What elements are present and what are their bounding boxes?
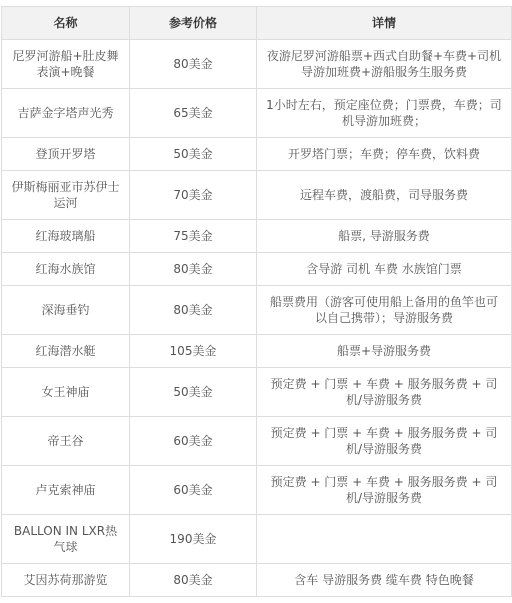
cell-price: 70美金 (130, 171, 257, 220)
header-price: 参考价格 (130, 7, 257, 40)
cell-name: 女王神庙 (2, 368, 130, 417)
cell-name: 伊斯梅丽亚市苏伊士运河 (2, 171, 130, 220)
table-row: 伊斯梅丽亚市苏伊士运河70美金远程车费，渡船费，司导服务费 (2, 171, 512, 220)
cell-price: 80美金 (130, 564, 257, 597)
cell-name: 尼罗河游船+肚皮舞表演+晚餐 (2, 40, 130, 89)
cell-name: BALLON IN LXR热气球 (2, 515, 130, 564)
cell-details (257, 515, 512, 564)
cell-details: 船票费用（游客可使用船上备用的鱼竿也可以自己携带）；导游服务费 (257, 286, 512, 335)
cell-details: 船票, 导游服务费 (257, 220, 512, 253)
cell-name: 帝王谷 (2, 417, 130, 466)
cell-details: 夜游尼罗河游船票+西式自助餐+车费+司机导游加班费+游船服务生服务费 (257, 40, 512, 89)
header-details: 详情 (257, 7, 512, 40)
cell-price: 60美金 (130, 466, 257, 515)
cell-name: 红海玻璃船 (2, 220, 130, 253)
cell-details: 含导游 司机 车费 水族馆门票 (257, 253, 512, 286)
cell-details: 预定费 + 门票 + 车费 + 服务服务费 + 司机/导游服务费 (257, 417, 512, 466)
table-row: 吉萨金字塔声光秀65美金1小时左右，预定座位费；门票费，车费；司机导游加班费； (2, 89, 512, 138)
cell-name: 红海水族馆 (2, 253, 130, 286)
header-name: 名称 (2, 7, 130, 40)
cell-price: 105美金 (130, 335, 257, 368)
cell-price: 50美金 (130, 138, 257, 171)
cell-details: 船票+导游服务费 (257, 335, 512, 368)
cell-price: 75美金 (130, 220, 257, 253)
cell-name: 卢克索神庙 (2, 466, 130, 515)
table-row: 卢克索神庙60美金预定费 + 门票 + 车费 + 服务服务费 + 司机/导游服务… (2, 466, 512, 515)
excursion-price-table: 名称 参考价格 详情 尼罗河游船+肚皮舞表演+晚餐80美金夜游尼罗河游船票+西式… (1, 6, 512, 597)
cell-details: 预定费 + 门票 + 车费 + 服务服务费 + 司机/导游服务费 (257, 466, 512, 515)
table-row: 深海垂钓80美金船票费用（游客可使用船上备用的鱼竿也可以自己携带）；导游服务费 (2, 286, 512, 335)
cell-name: 深海垂钓 (2, 286, 130, 335)
cell-price: 60美金 (130, 417, 257, 466)
table-row: 红海水族馆80美金含导游 司机 车费 水族馆门票 (2, 253, 512, 286)
cell-name: 艾因苏荷那游览 (2, 564, 130, 597)
table-row: 帝王谷60美金预定费 + 门票 + 车费 + 服务服务费 + 司机/导游服务费 (2, 417, 512, 466)
cell-details: 含车 导游服务费 缆车费 特色晚餐 (257, 564, 512, 597)
cell-details: 1小时左右，预定座位费；门票费，车费；司机导游加班费； (257, 89, 512, 138)
cell-price: 190美金 (130, 515, 257, 564)
table-row: 红海潜水艇105美金船票+导游服务费 (2, 335, 512, 368)
cell-details: 远程车费，渡船费，司导服务费 (257, 171, 512, 220)
cell-price: 80美金 (130, 286, 257, 335)
cell-details: 开罗塔门票；车费；停车费，饮料费 (257, 138, 512, 171)
table-row: 艾因苏荷那游览80美金含车 导游服务费 缆车费 特色晚餐 (2, 564, 512, 597)
cell-price: 50美金 (130, 368, 257, 417)
cell-name: 吉萨金字塔声光秀 (2, 89, 130, 138)
table-row: 尼罗河游船+肚皮舞表演+晚餐80美金夜游尼罗河游船票+西式自助餐+车费+司机导游… (2, 40, 512, 89)
cell-price: 80美金 (130, 253, 257, 286)
cell-price: 65美金 (130, 89, 257, 138)
table-row: 登顶开罗塔50美金开罗塔门票；车费；停车费，饮料费 (2, 138, 512, 171)
table-row: BALLON IN LXR热气球190美金 (2, 515, 512, 564)
cell-details: 预定费 + 门票 + 车费 + 服务服务费 + 司机/导游服务费 (257, 368, 512, 417)
table-row: 女王神庙50美金预定费 + 门票 + 车费 + 服务服务费 + 司机/导游服务费 (2, 368, 512, 417)
cell-name: 红海潜水艇 (2, 335, 130, 368)
table-header-row: 名称 参考价格 详情 (2, 7, 512, 40)
cell-price: 80美金 (130, 40, 257, 89)
cell-name: 登顶开罗塔 (2, 138, 130, 171)
table-row: 红海玻璃船75美金船票, 导游服务费 (2, 220, 512, 253)
